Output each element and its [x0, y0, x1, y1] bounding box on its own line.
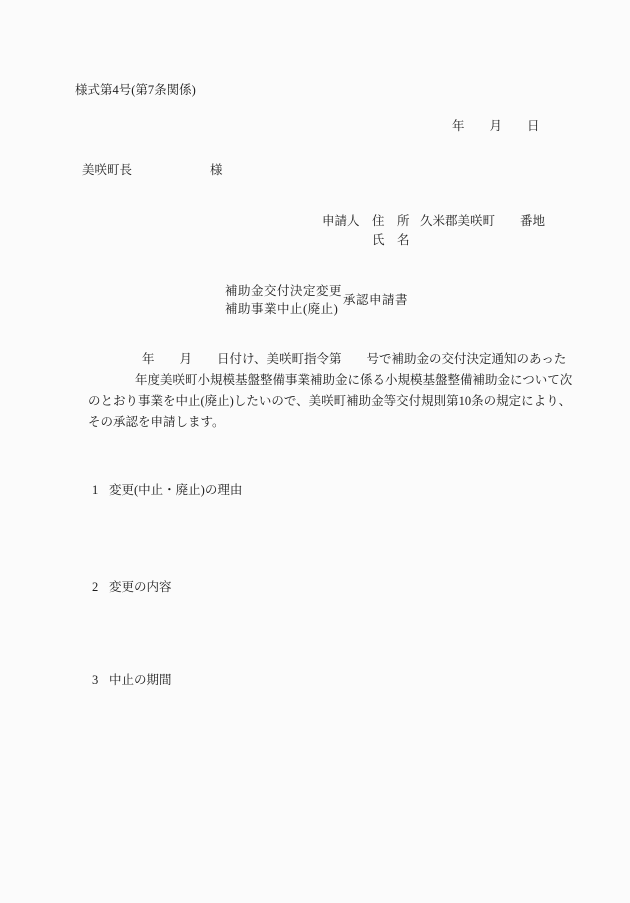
- date-line: 年 月 日: [452, 119, 540, 135]
- applicant-name-label: 氏 名: [372, 233, 410, 249]
- item-suspension-period-number: 3: [92, 673, 109, 689]
- form-number: 様式第4号(第7条関係): [75, 83, 196, 99]
- addressee-name: 美咲町長: [82, 163, 132, 179]
- body-line-3: のとおり事業を中止(廃止)したいので、美咲町補助金等交付規則第10条の規定により…: [88, 394, 571, 410]
- document-title-line-1: 補助金交付決定変更: [225, 284, 342, 300]
- body-line-2: 年度美咲町小規模基盤整備事業補助金に係る小規模基盤整備補助金について次: [135, 373, 572, 389]
- item-reason-label: 変更(中止・廃止)の理由: [109, 483, 242, 499]
- item-suspension-period: 3 中止の期間: [92, 673, 172, 689]
- item-change-details-number: 2: [92, 580, 109, 596]
- item-change-details: 2 変更の内容: [92, 580, 172, 596]
- item-reason-number: 1: [92, 483, 109, 499]
- applicant-address-value: 久米郡美咲町 番地: [420, 214, 545, 230]
- applicant-address-label: 住 所: [372, 214, 410, 230]
- item-change-details-label: 変更の内容: [109, 580, 172, 596]
- addressee-honorific: 様: [210, 163, 223, 179]
- item-reason: 1 変更(中止・廃止)の理由: [92, 483, 242, 499]
- document-title-suffix: 承認申請書: [343, 293, 408, 309]
- document-title-line-2: 補助事業中止(廃止): [225, 302, 338, 318]
- applicant-label: 申請人: [322, 214, 360, 230]
- document-page: 様式第4号(第7条関係) 年 月 日 美咲町長 様 申請人 住 所 久米郡美咲町…: [0, 0, 630, 903]
- body-line-4: その承認を申請します。: [88, 415, 225, 431]
- body-line-1: 年 月 日付け、美咲町指令第 号で補助金の交付決定通知のあった: [142, 352, 566, 368]
- item-suspension-period-label: 中止の期間: [109, 673, 172, 689]
